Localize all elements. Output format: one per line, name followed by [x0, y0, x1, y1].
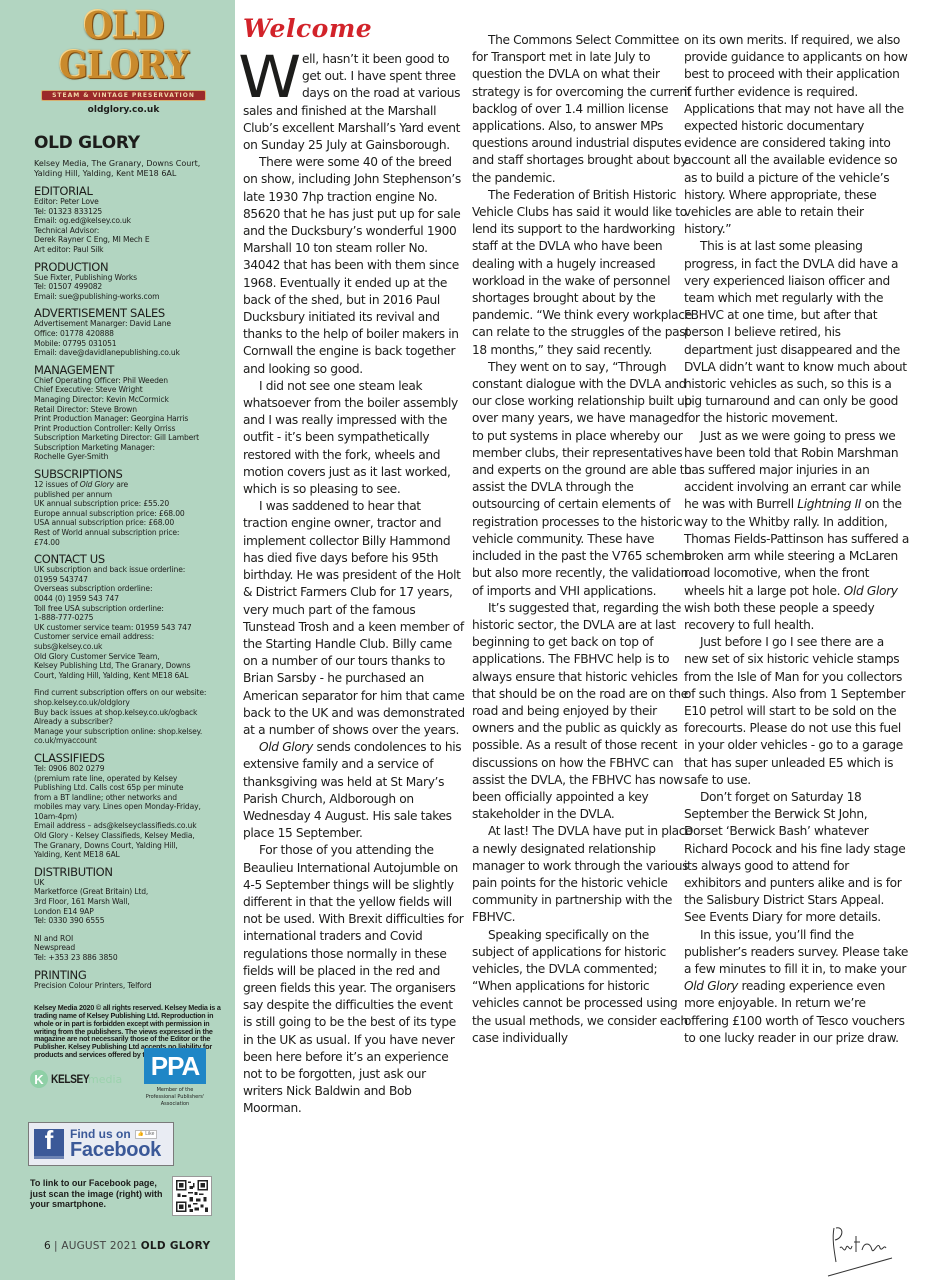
section-heading: DISTRIBUTION [34, 866, 221, 878]
section-line: Publishing Ltd. Calls cost 65p per minut… [34, 783, 221, 793]
article-paragraph: on its own merits. If required, we also … [684, 32, 909, 238]
section-line: Customer service email address: [34, 632, 221, 642]
article-paragraph: Speaking specifically on the subject of … [472, 927, 694, 1047]
article-paragraph: There were some 40 of the breed on show,… [243, 154, 465, 378]
section-line: Office: 01778 420888 [34, 329, 221, 339]
section-line: Tel: 01323 833125 [34, 207, 221, 217]
issue-date: AUGUST 2021 [61, 1240, 137, 1252]
section-line: UK annual subscription price: £55.20 [34, 499, 221, 509]
article-paragraph: Just as we were going to press we have b… [684, 428, 909, 634]
article-column-1: Well, hasn’t it been good to get out. I … [243, 51, 465, 1118]
qr-code-icon[interactable] [172, 1176, 212, 1216]
section-line: Yalding, Kent ME18 6AL [34, 850, 221, 860]
article-paragraph: It’s suggested that, regarding the histo… [472, 600, 694, 824]
address-line: Yalding Hill, Yalding, Kent ME18 6AL [34, 169, 221, 179]
section-line: Precision Colour Printers, Telford [34, 981, 221, 991]
section-line: USA annual subscription price: £68.00 [34, 518, 221, 528]
section-line: Print Production Manager: Georgina Harri… [34, 414, 221, 424]
article-paragraph: Old Glory sends condolences to his exten… [243, 739, 465, 842]
section-line: Tel: 0906 802 0279 [34, 764, 221, 774]
publisher-logos: K KELSEY media PPA Member of the Profess… [30, 1048, 210, 1118]
editor-signature [826, 1218, 906, 1278]
facebook-wordmark: Facebook [70, 1140, 161, 1160]
section-heading: SUBSCRIPTIONS [34, 468, 221, 480]
facebook-qr-note: To link to our Facebook page, just scan … [30, 1178, 170, 1210]
spacer [34, 680, 221, 688]
section-line: Chief Operating Officer: Phil Weeden [34, 376, 221, 386]
section-line: UK subscription and back issue orderline… [34, 565, 221, 575]
masthead-section-management: MANAGEMENTChief Operating Officer: Phil … [34, 364, 221, 462]
section-line: mobiles may vary. Lines open Monday-Frid… [34, 802, 221, 812]
article-title: Welcome [243, 14, 372, 43]
section-heading: PRODUCTION [34, 261, 221, 273]
section-heading: CONTACT US [34, 553, 221, 565]
masthead-section-printing: PRINTINGPrecision Colour Printers, Telfo… [34, 969, 221, 991]
section-line[interactable]: shop.kelsey.co.uk/oldglory [34, 698, 221, 708]
section-line: Marketforce (Great Britain) Ltd, [34, 887, 221, 897]
article-paragraph: This is at last some pleasing progress, … [684, 238, 909, 427]
section-line: Court, Yalding Hill, Yalding, Kent ME18 … [34, 671, 221, 681]
section-line: Newspread [34, 943, 221, 953]
section-line: Advertisement Manarger: David Lane [34, 319, 221, 329]
old-glory-logo: OLD GLORY STEAM & VINTAGE PRESERVATION o… [26, 0, 221, 115]
section-line: Rest of World annual subscription price: [34, 528, 221, 538]
facebook-f-icon: f [34, 1129, 64, 1159]
section-line: Art editor: Paul Silk [34, 245, 221, 255]
website-url[interactable]: oldglory.co.uk [26, 105, 221, 115]
section-line: Chief Executive: Steve Wright [34, 385, 221, 395]
section-line: NI and ROI [34, 934, 221, 944]
article-column-2: The Commons Select Committee for Transpo… [472, 32, 694, 1047]
section-line: Retail Director: Steve Brown [34, 405, 221, 415]
like-thumb-icon: 👍 Like [135, 1130, 158, 1139]
section-line: UK customer service team: 01959 543 747 [34, 623, 221, 633]
section-line: Tel: 0330 390 6555 [34, 916, 221, 926]
article-paragraph: I did not see one steam leak whatsoever … [243, 378, 465, 498]
drop-cap: W [238, 53, 301, 101]
welcome-article: Welcome Well, hasn’t it been good to get… [243, 0, 929, 1280]
section-line: 10am-4pm) [34, 812, 221, 822]
article-paragraph: At last! The DVLA have put in place a ne… [472, 823, 694, 926]
section-line: Find current subscription offers on our … [34, 688, 221, 698]
section-line[interactable]: subs@kelsey.co.uk [34, 642, 221, 652]
section-line: Derek Rayner C Eng, MI Mech E [34, 235, 221, 245]
section-line: Europe annual subscription price: £68.00 [34, 509, 221, 519]
publisher-address: Kelsey Media, The Granary, Downs Court, … [34, 159, 221, 179]
section-line: Tel: 01507 499082 [34, 282, 221, 292]
kelsey-wordmark: KELSEY [51, 1072, 89, 1086]
masthead-section-classifieds: CLASSIFIEDSTel: 0906 802 0279(premium ra… [34, 752, 221, 860]
masthead-section-production: PRODUCTIONSue Fixter, Publishing WorksTe… [34, 261, 221, 302]
masthead-section-subscriptions: SUBSCRIPTIONS12 issues of Old Glory arep… [34, 468, 221, 547]
section-line: £74.00 [34, 538, 221, 548]
section-line: Technical Advisor: [34, 226, 221, 236]
publication-title: OLD GLORY [34, 133, 221, 153]
section-line: Subscription Marketing Manager: [34, 443, 221, 453]
section-line: 0044 (0) 1959 543 747 [34, 594, 221, 604]
section-line: Already a subscriber? [34, 717, 221, 727]
section-heading: ADVERTISEMENT SALES [34, 307, 221, 319]
section-line: (premium rate line, operated by Kelsey [34, 774, 221, 784]
section-heading: MANAGEMENT [34, 364, 221, 376]
section-line: UK [34, 878, 221, 888]
article-paragraph: Just before I go I see there are a new s… [684, 634, 909, 789]
section-line: Overseas subscription orderline: [34, 584, 221, 594]
article-paragraph: The Commons Select Committee for Transpo… [472, 32, 694, 187]
masthead-sections: EDITORIALEditor: Peter LoveTel: 01323 83… [34, 185, 221, 990]
section-line: Editor: Peter Love [34, 197, 221, 207]
section-line: Subscription Marketing Director: Gill La… [34, 433, 221, 443]
logo-strapline: STEAM & VINTAGE PRESERVATION [41, 90, 206, 101]
section-line: The Granary, Downs Court, Yalding Hill, [34, 841, 221, 851]
article-paragraph: They went on to say, “Through constant d… [472, 359, 694, 600]
article-paragraph: For those of you attending the Beaulieu … [243, 842, 465, 1117]
section-line: 1-888-777-0275 [34, 613, 221, 623]
section-line[interactable]: Email address – ads@kelseyclassifieds.co… [34, 821, 221, 831]
kelsey-k-icon: K [30, 1070, 48, 1088]
section-heading: CLASSIFIEDS [34, 752, 221, 764]
section-line: Print Production Controller: Kelly Orris… [34, 424, 221, 434]
ppa-mark: PPA [144, 1048, 206, 1084]
facebook-badge[interactable]: f Find us on 👍 Like Facebook [28, 1122, 174, 1166]
section-line[interactable]: co.uk/myaccount [34, 736, 221, 746]
section-line: Kelsey Publishing Ltd, The Granary, Down… [34, 661, 221, 671]
article-column-3: on its own merits. If required, we also … [684, 32, 909, 1047]
section-line: Rochelle Gyer-Smith [34, 452, 221, 462]
article-paragraph: The Federation of British Historic Vehic… [472, 187, 694, 359]
section-line: Managing Director: Kevin McCormick [34, 395, 221, 405]
section-line: Mobile: 07795 031051 [34, 339, 221, 349]
section-heading: EDITORIAL [34, 185, 221, 197]
logo-wordmark: OLD GLORY [26, 6, 221, 85]
section-line: London E14 9AP [34, 907, 221, 917]
section-heading: PRINTING [34, 969, 221, 981]
section-line: from a BT landline; other networks and [34, 793, 221, 803]
section-line: Toll free USA subscription orderline: [34, 604, 221, 614]
ppa-caption: Member of the Professional Publishers' A… [144, 1087, 206, 1108]
page-folio: 6 | AUGUST 2021 OLD GLORY [44, 1240, 210, 1252]
article-paragraph: I was saddened to hear that traction eng… [243, 498, 465, 739]
section-line: Tel: +353 23 886 3850 [34, 953, 221, 963]
section-line[interactable]: Email: dave@davidlanepublishing.co.uk [34, 348, 221, 358]
article-paragraph: In this issue, you’ll find the publisher… [684, 927, 909, 1047]
spacer [34, 926, 221, 934]
section-line: published per annum [34, 490, 221, 500]
section-line: 01959 543747 [34, 575, 221, 585]
section-line[interactable]: Buy back issues at shop.kelsey.co.uk/ogb… [34, 708, 221, 718]
section-line[interactable]: Email: sue@publishing-works.com [34, 292, 221, 302]
section-line: Old Glory Customer Service Team, [34, 652, 221, 662]
ppa-logo: PPA Member of the Professional Publisher… [144, 1048, 206, 1108]
section-line[interactable]: Email: og.ed@kelsey.co.uk [34, 216, 221, 226]
masthead-section-distribution: DISTRIBUTIONUKMarketforce (Great Britain… [34, 866, 221, 963]
section-line: 12 issues of Old Glory are [34, 480, 221, 490]
masthead-section-editorial: EDITORIALEditor: Peter LoveTel: 01323 83… [34, 185, 221, 255]
section-line: 3rd Floor, 161 Marsh Wall, [34, 897, 221, 907]
address-line: Kelsey Media, The Granary, Downs Court, [34, 159, 221, 169]
section-line[interactable]: Manage your subscription online: shop.ke… [34, 727, 221, 737]
page-number: 6 [44, 1240, 51, 1252]
article-paragraph: Don’t forget on Saturday 18 September th… [684, 789, 909, 927]
kelsey-media-suffix: media [88, 1073, 122, 1086]
folio-brand: OLD GLORY [141, 1240, 211, 1252]
masthead-section-contact-us: CONTACT USUK subscription and back issue… [34, 553, 221, 746]
section-line: Sue Fixter, Publishing Works [34, 273, 221, 283]
article-paragraph: Well, hasn’t it been good to get out. I … [243, 51, 465, 154]
masthead-section-advertisement-sales: ADVERTISEMENT SALESAdvertisement Manarge… [34, 307, 221, 357]
section-line: Old Glory - Kelsey Classifieds, Kelsey M… [34, 831, 221, 841]
kelsey-media-logo: K KELSEY media [30, 1070, 122, 1088]
